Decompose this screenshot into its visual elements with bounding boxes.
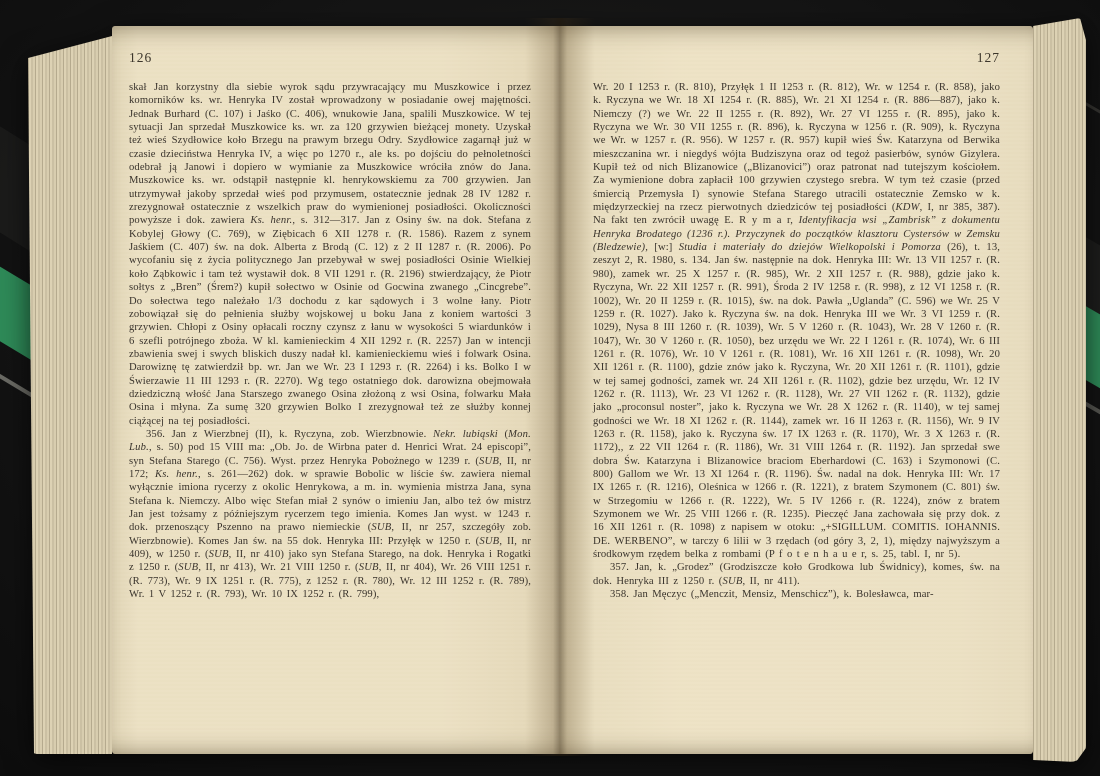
page-number-right: 127 [593, 50, 1000, 66]
page-127: 127 Wr. 20 I 1253 r. (R. 810), Przyłęk 1… [559, 26, 1033, 754]
left-page-edge-stack [28, 28, 112, 754]
paragraph: Wr. 20 I 1253 r. (R. 810), Przyłęk 1 II … [593, 81, 1000, 561]
page-126-text: skał Jan korzystny dla siebie wyrok sądu… [129, 81, 531, 601]
photo-background: 126 skał Jan korzystny dla siebie wyrok … [0, 0, 1100, 776]
page-127-text: Wr. 20 I 1253 r. (R. 810), Przyłęk 1 II … [593, 81, 1000, 601]
page-number-left: 126 [129, 50, 531, 66]
paragraph: 356. Jan z Wierzbnej (II), k. Ryczyna, z… [129, 428, 531, 601]
page-126: 126 skał Jan korzystny dla siebie wyrok … [112, 26, 559, 754]
open-book: 126 skał Jan korzystny dla siebie wyrok … [28, 12, 1086, 756]
paragraph: 358. Jan Męczyc („Menczit, Mensiz, Mensc… [593, 588, 1000, 601]
paragraph: 357. Jan, k. „Grodez” (Grodziszcze koło … [593, 561, 1000, 588]
right-page-edge-stack [1033, 18, 1086, 762]
paragraph: skał Jan korzystny dla siebie wyrok sądu… [129, 81, 531, 428]
